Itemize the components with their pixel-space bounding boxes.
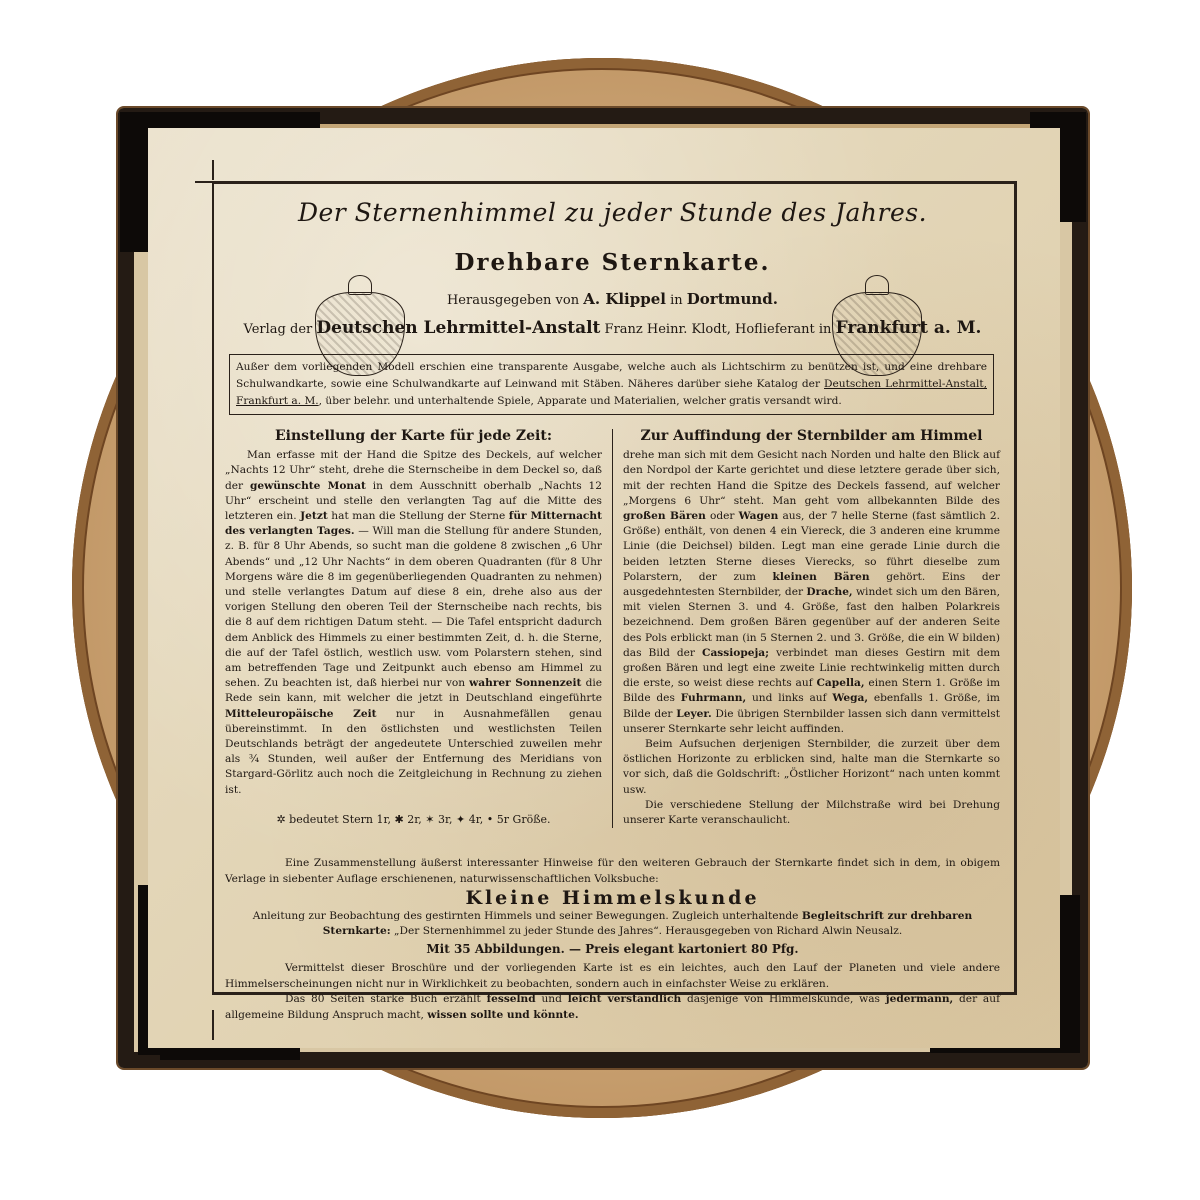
publisher-prefix: Verlag der: [244, 322, 313, 337]
crop-mark: [212, 160, 214, 180]
crop-mark: [212, 1010, 214, 1040]
editor-city: Dortmund.: [687, 290, 778, 308]
ad-paragraph: Vermittelst dieser Broschüre und der vor…: [225, 961, 1000, 992]
subtitle: Drehbare Sternkarte.: [225, 249, 1000, 276]
crop-mark: [195, 181, 215, 183]
book-price: Mit 35 Abbildungen. — Preis elegant kart…: [225, 942, 1000, 958]
setting-instructions: Einstellung der Karte für jede Zeit: Man…: [225, 429, 612, 828]
constellation-paragraph: drehe man sich mit dem Gesicht nach Nord…: [623, 448, 1000, 737]
constellation-paragraph: Die verschiedene Stellung der Milchstraß…: [623, 798, 1000, 828]
editor-in: in: [670, 293, 683, 308]
label-text: Der Sternenhimmel zu jeder Stunde des Ja…: [225, 190, 1000, 1023]
instruction-columns: Einstellung der Karte für jede Zeit: Man…: [225, 429, 1000, 828]
book-advertisement: Eine Zusammenstellung äußerst interessan…: [225, 856, 1000, 1023]
notice-text: , über belehr. und unterhaltende Spiele,…: [319, 395, 842, 407]
corner-protector-top-left: [120, 112, 150, 252]
publisher-agent: Franz Heinr. Klodt, Hoflieferant in: [605, 322, 832, 337]
editor-name: A. Klippel: [583, 290, 666, 308]
constellation-heading: Zur Auffindung der Sternbilder am Himmel: [623, 429, 1000, 444]
ad-paragraph: Das 80 Seiten starke Buch erzählt fessel…: [225, 992, 1000, 1023]
ad-intro: Eine Zusammenstellung äußerst interessan…: [225, 856, 1000, 887]
book-title: Kleine Himmelskunde: [225, 891, 1000, 907]
editor-prefix: Herausgegeben von: [447, 293, 579, 308]
star-magnitude-legend: ✲ bedeutet Stern 1r, ✱ 2r, ✶ 3r, ✦ 4r, •…: [225, 812, 602, 827]
page-title: Der Sternenhimmel zu jeder Stunde des Ja…: [225, 198, 1000, 227]
book-description: Anleitung zur Beobachtung des gestirnten…: [225, 909, 1000, 940]
setting-heading: Einstellung der Karte für jede Zeit:: [225, 429, 602, 444]
setting-paragraph: Man erfasse mit der Hand die Spitze des …: [225, 448, 602, 798]
constellation-instructions: Zur Auffindung der Sternbilder am Himmel…: [612, 429, 1000, 828]
constellation-paragraph: Beim Aufsuchen derjenigen Sternbilder, d…: [623, 737, 1000, 798]
